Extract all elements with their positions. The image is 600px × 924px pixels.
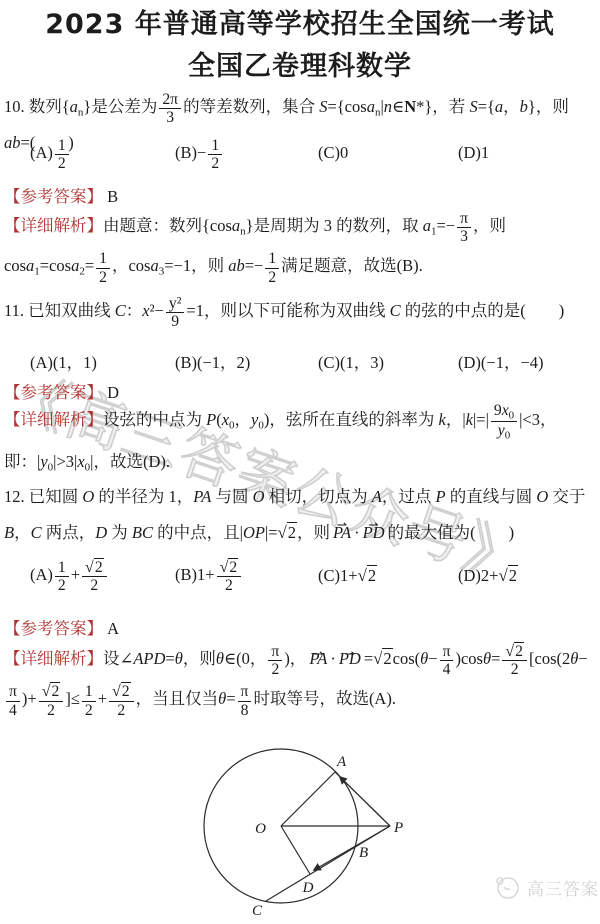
math-text: }，则 [528, 97, 569, 116]
math-text: 由题意：数列{cos [103, 216, 232, 235]
math-radical: √2 [278, 515, 298, 551]
fraction-denominator: 3 [457, 228, 471, 245]
question-12-stem: 12. 已知圆 O 的半径为 1，PA 与圆 O 相切，切点为 A，过点 P 的… [4, 480, 596, 550]
math-text: 的弦的中点的是( ) [401, 301, 565, 320]
math-fraction: √22 [502, 643, 527, 679]
fraction-numerator: 1 [55, 559, 69, 577]
math-variable: θ [216, 649, 224, 668]
math-variable: A [372, 487, 382, 506]
math-fraction: 9x0y0 [491, 402, 517, 442]
math-text: ]≤ [65, 689, 80, 708]
math-variable: APD [133, 649, 165, 668]
publisher-logo-text: 高三答案 [527, 875, 599, 900]
answer-label: 【参考答案】 [4, 619, 103, 638]
math-text: · [330, 649, 336, 668]
fraction-denominator: 2 [39, 702, 64, 719]
math-text: ，| [446, 410, 466, 429]
fraction-denominator: 2 [109, 702, 134, 719]
math-variable: θ [175, 649, 183, 668]
question-10-option-b: (B)−12 [175, 136, 318, 172]
math-text: 的等差数列，集合 [183, 97, 319, 116]
math-text: = [364, 649, 373, 668]
math-variable: a [423, 216, 431, 235]
fraction-denominator: 4 [440, 661, 454, 678]
question-11-stem: 11. 已知双曲线 C：x²−y²9=1，则以下可能称为双曲线 C 的弦的中点的… [4, 294, 596, 330]
math-variable: x [502, 402, 509, 419]
math-fraction: π4 [6, 683, 20, 718]
math-variable: a [232, 216, 240, 235]
math-fraction: √22 [109, 683, 134, 719]
math-text: =− [245, 256, 264, 275]
math-text: (D)(−1，−4) [458, 353, 544, 372]
math-text: A [103, 619, 119, 638]
math-text: =cos [40, 256, 71, 275]
radicand: 2 [514, 642, 524, 660]
question-10-option-a: (A)12 [30, 136, 175, 172]
radical-sign-icon: √ [85, 559, 94, 576]
fraction-denominator: y0 [491, 422, 517, 441]
fraction-denominator: 2 [82, 702, 96, 719]
question-10-option-d: (D)1 [458, 136, 596, 171]
math-fraction: 12 [96, 250, 110, 285]
math-vector: PA [332, 523, 352, 542]
segment-OD [281, 826, 310, 874]
math-text: |，故选(D). [90, 452, 170, 471]
math-text: = [85, 256, 94, 275]
math-variable: ab [228, 256, 245, 275]
fraction-numerator: 9x0 [491, 402, 517, 422]
radical-sign-icon: √ [220, 559, 229, 576]
math-variable: O [253, 487, 265, 506]
math-text: [cos(2 [529, 649, 570, 668]
question-10-analysis: 【详细解析】由题意：数列{cosan}是周期为 3 的数列，取 a1=−π3，则… [4, 206, 596, 287]
math-variable: O [536, 487, 548, 506]
math-text: − [578, 649, 587, 668]
math-text: ， [235, 410, 252, 429]
math-text: ={cos [327, 97, 366, 116]
math-variable: x [142, 301, 149, 320]
math-text: (D)2+ [458, 566, 498, 585]
question-12-option-b: (B)1+√22 [175, 558, 318, 594]
math-text: ={ [478, 97, 495, 116]
math-text: ∈ [392, 97, 404, 116]
math-radical: √2 [220, 559, 239, 577]
math-text: 相切，切点为 [265, 487, 372, 506]
math-text: =− [436, 216, 455, 235]
math-variable: C [115, 301, 126, 320]
point-label-P: P [393, 820, 403, 836]
math-text: cos( [393, 649, 421, 668]
exam-subtitle: 全国乙卷理科数学 [0, 48, 600, 86]
math-text: ： [126, 301, 143, 320]
radicand: 2 [508, 565, 518, 585]
math-radical: √2 [42, 683, 61, 701]
math-subscript: 0 [505, 429, 511, 441]
fraction-numerator: 1 [208, 137, 222, 155]
math-text: 的最大值为( ) [388, 523, 515, 542]
math-radical: √2 [112, 683, 131, 701]
answer-label: 【详细解析】 [4, 216, 103, 235]
math-fraction: √22 [82, 559, 107, 595]
math-text: 11. 已知双曲线 [4, 301, 115, 320]
math-text: ，cos [112, 256, 151, 275]
math-subscript: 0 [509, 409, 515, 421]
math-text: }是公差为 [83, 97, 157, 116]
publisher-logo: 高三答案 [492, 872, 599, 902]
math-text: ，则 [297, 523, 330, 542]
math-fraction: π4 [440, 643, 454, 678]
math-text: = [491, 649, 500, 668]
point-label-A: A [336, 754, 347, 770]
math-variable: BC [132, 523, 153, 542]
math-fraction: π8 [238, 683, 252, 718]
math-variable: a [26, 256, 34, 275]
math-variable: x [77, 452, 84, 471]
math-variable: S [469, 97, 477, 116]
math-text: ，过点 [382, 487, 436, 506]
fraction-denominator: 2 [265, 269, 279, 286]
radical-sign-icon: √ [112, 683, 121, 700]
math-variable: b [520, 97, 528, 116]
math-fraction: π2 [268, 643, 282, 678]
fraction-numerator: √2 [217, 559, 242, 578]
fraction-denominator: 2 [96, 269, 110, 286]
math-text: (B)(−1，2) [175, 353, 250, 372]
fraction-denominator: 9 [166, 313, 185, 330]
math-radical: √2 [498, 558, 518, 594]
answer-label: 【参考答案】 [4, 187, 103, 206]
fraction-denominator: 3 [159, 109, 181, 126]
fraction-numerator: 1 [82, 683, 96, 701]
fraction-numerator: √2 [82, 559, 107, 578]
math-text: + [71, 565, 80, 584]
math-variable: D [95, 523, 107, 542]
radical-sign-icon: √ [278, 523, 287, 542]
math-text: (A)(1，1) [30, 353, 97, 372]
fraction-numerator: π [238, 683, 252, 701]
question-12-option-c: (C)1+√2 [318, 558, 458, 594]
math-fraction: √22 [39, 683, 64, 719]
radicand: 2 [382, 648, 392, 668]
math-text: 的中点，且| [153, 523, 243, 542]
math-text: )+ [22, 689, 37, 708]
fraction-denominator: 2 [55, 155, 69, 172]
math-text: 10. 数列{ [4, 97, 70, 116]
point-label-C: C [252, 903, 263, 919]
math-text: |= [265, 523, 278, 542]
math-fraction: 12 [265, 250, 279, 285]
exam-title: 2023 年普通高等学校招生全国统一考试 [0, 6, 600, 44]
math-text: )， [284, 649, 306, 668]
answer-label: 【详细解析】 [4, 649, 103, 668]
math-text: (C)0 [318, 143, 348, 162]
math-text: = [165, 649, 174, 668]
math-text: 满足题意，故选(B). [281, 256, 423, 275]
math-text: ，则 [183, 649, 216, 668]
math-text: + [98, 689, 107, 708]
math-text: *}，若 [416, 97, 469, 116]
fraction-numerator: √2 [39, 683, 64, 702]
math-text: − [428, 649, 437, 668]
math-fraction: 12 [208, 137, 222, 172]
math-text: (D)1 [458, 143, 489, 162]
radicand: 2 [228, 558, 238, 576]
math-text: = [226, 689, 235, 708]
math-vector: PA [308, 649, 328, 668]
math-variable: θ [218, 689, 226, 708]
math-vector: PD [362, 523, 386, 542]
fraction-denominator: 2 [82, 577, 107, 594]
math-text: 设∠ [103, 649, 133, 668]
math-text: (B)− [175, 143, 206, 162]
math-variable: k [466, 410, 473, 429]
fraction-denominator: 4 [6, 702, 20, 719]
math-fraction: 12 [55, 559, 69, 594]
math-text: 9 [494, 402, 502, 419]
fraction-denominator: 2 [55, 577, 69, 594]
point-label-D: D [302, 880, 314, 896]
math-text: 为 [107, 523, 132, 542]
radical-sign-icon: √ [505, 643, 514, 660]
math-variable: P [206, 410, 216, 429]
fraction-numerator: π [6, 683, 20, 701]
question-11-analysis: 【详细解析】设弦的中点为 P(x0，y0)，弦所在直线的斜率为 k，|k|=|9… [4, 400, 596, 482]
question-12-option-a: (A)12+√22 [30, 558, 175, 594]
radicand: 2 [94, 558, 104, 576]
point-label-O: O [255, 821, 266, 837]
fraction-denominator: 2 [217, 577, 242, 594]
question-10-option-c: (C)0 [318, 136, 458, 171]
math-radical: √2 [505, 643, 524, 661]
radicand: 2 [121, 682, 131, 700]
fraction-denominator: 2 [208, 155, 222, 172]
math-fraction: 12 [82, 683, 96, 718]
fraction-numerator: π [440, 643, 454, 661]
math-text: =−1，则 [164, 256, 228, 275]
fraction-denominator: 2 [268, 661, 282, 678]
math-text: 12. 已知圆 [4, 487, 82, 506]
math-variable: P [435, 487, 445, 506]
math-text: B [103, 187, 118, 206]
math-variable: O [82, 487, 94, 506]
fraction-numerator: √2 [109, 683, 134, 702]
smiley-icon [492, 872, 522, 902]
math-variable: n [384, 97, 392, 116]
answer-label: 【详细解析】 [4, 410, 103, 429]
math-variable: x [222, 410, 229, 429]
radicand: 2 [50, 682, 60, 700]
math-text: (C)1+ [318, 566, 358, 585]
fraction-numerator: 1 [265, 250, 279, 268]
math-text: ， [14, 523, 31, 542]
math-text: }是周期为 3 的数列，取 [246, 216, 423, 235]
math-variable: C [31, 523, 42, 542]
math-text: ²− [150, 301, 164, 320]
fraction-numerator: 1 [55, 137, 69, 155]
math-text: 两点， [42, 523, 96, 542]
radicand: 2 [287, 522, 297, 542]
math-variable: B [4, 523, 14, 542]
math-text: )cos [455, 649, 483, 668]
math-variable: y [40, 452, 47, 471]
math-radical: √2 [358, 558, 378, 594]
question-10-options: (A)12 (B)−12 (C)0 (D)1 [4, 136, 596, 172]
math-variable: a [150, 256, 158, 275]
math-variable: C [390, 301, 401, 320]
radical-sign-icon: √ [498, 566, 507, 585]
math-text: =1，则以下可能称为双曲线 [186, 301, 389, 320]
fraction-denominator: 8 [238, 702, 252, 719]
math-text: ， [503, 97, 520, 116]
math-bold: N [404, 97, 416, 116]
fraction-denominator: 2 [502, 661, 527, 678]
question-12-analysis: 【详细解析】设∠APD=θ，则θ∈(0，π2)，PA·PD=√2cos(θ−π4… [4, 638, 596, 720]
math-variable: a [367, 97, 375, 116]
fraction-numerator: y² [166, 295, 185, 313]
math-text: ，当且仅当 [136, 689, 219, 708]
vector-PD-arrow [314, 826, 390, 870]
math-variable: PA [193, 487, 211, 506]
math-variable: OP [243, 523, 265, 542]
math-variable: a [70, 97, 78, 116]
math-fraction: 12 [55, 137, 69, 172]
math-text: |>3| [53, 452, 77, 471]
math-text: 与圆 [211, 487, 252, 506]
math-text: (B)1+ [175, 565, 215, 584]
math-text: (A) [30, 565, 53, 584]
math-text: 的直线与圆 [446, 487, 537, 506]
math-fraction: √22 [217, 559, 242, 595]
math-text: 的半径为 1， [94, 487, 193, 506]
fraction-numerator: π [457, 210, 471, 228]
math-text: (A) [30, 143, 53, 162]
math-text: 时取等号，故选(A). [253, 689, 396, 708]
math-text: ∈(0， [224, 649, 266, 668]
math-vector: PD [338, 649, 362, 668]
math-fraction: 2π3 [159, 91, 181, 126]
math-radical: √2 [85, 559, 104, 577]
radicand: 2 [367, 565, 377, 585]
geometry-figure: O A P B D C [185, 733, 415, 923]
math-fraction: y²9 [166, 295, 185, 330]
radical-sign-icon: √ [358, 566, 367, 585]
fraction-numerator: 1 [96, 250, 110, 268]
math-text: 交于 [548, 487, 585, 506]
math-variable: k [439, 410, 446, 429]
math-variable: a [495, 97, 503, 116]
question-12-options: (A)12+√22 (B)1+√22 (C)1+√2 (D)2+√2 [4, 558, 596, 594]
question-12-option-d: (D)2+√2 [458, 558, 596, 594]
fraction-numerator: π [268, 643, 282, 661]
math-text: · [354, 523, 360, 542]
fraction-numerator: 2π [159, 91, 181, 109]
math-text: )，弦所在直线的斜率为 [264, 410, 439, 429]
math-text: (C)(1，3) [318, 353, 384, 372]
math-variable: θ [483, 649, 491, 668]
math-text: 设弦的中点为 [103, 410, 206, 429]
math-radical: √2 [373, 638, 393, 679]
segment-OA [281, 772, 335, 826]
point-label-B: B [359, 845, 368, 861]
math-fraction: π3 [457, 210, 471, 245]
fraction-numerator: √2 [502, 643, 527, 662]
math-text: |=| [473, 410, 489, 429]
vector-PA-arrow [340, 777, 390, 826]
math-variable: y [498, 422, 505, 439]
